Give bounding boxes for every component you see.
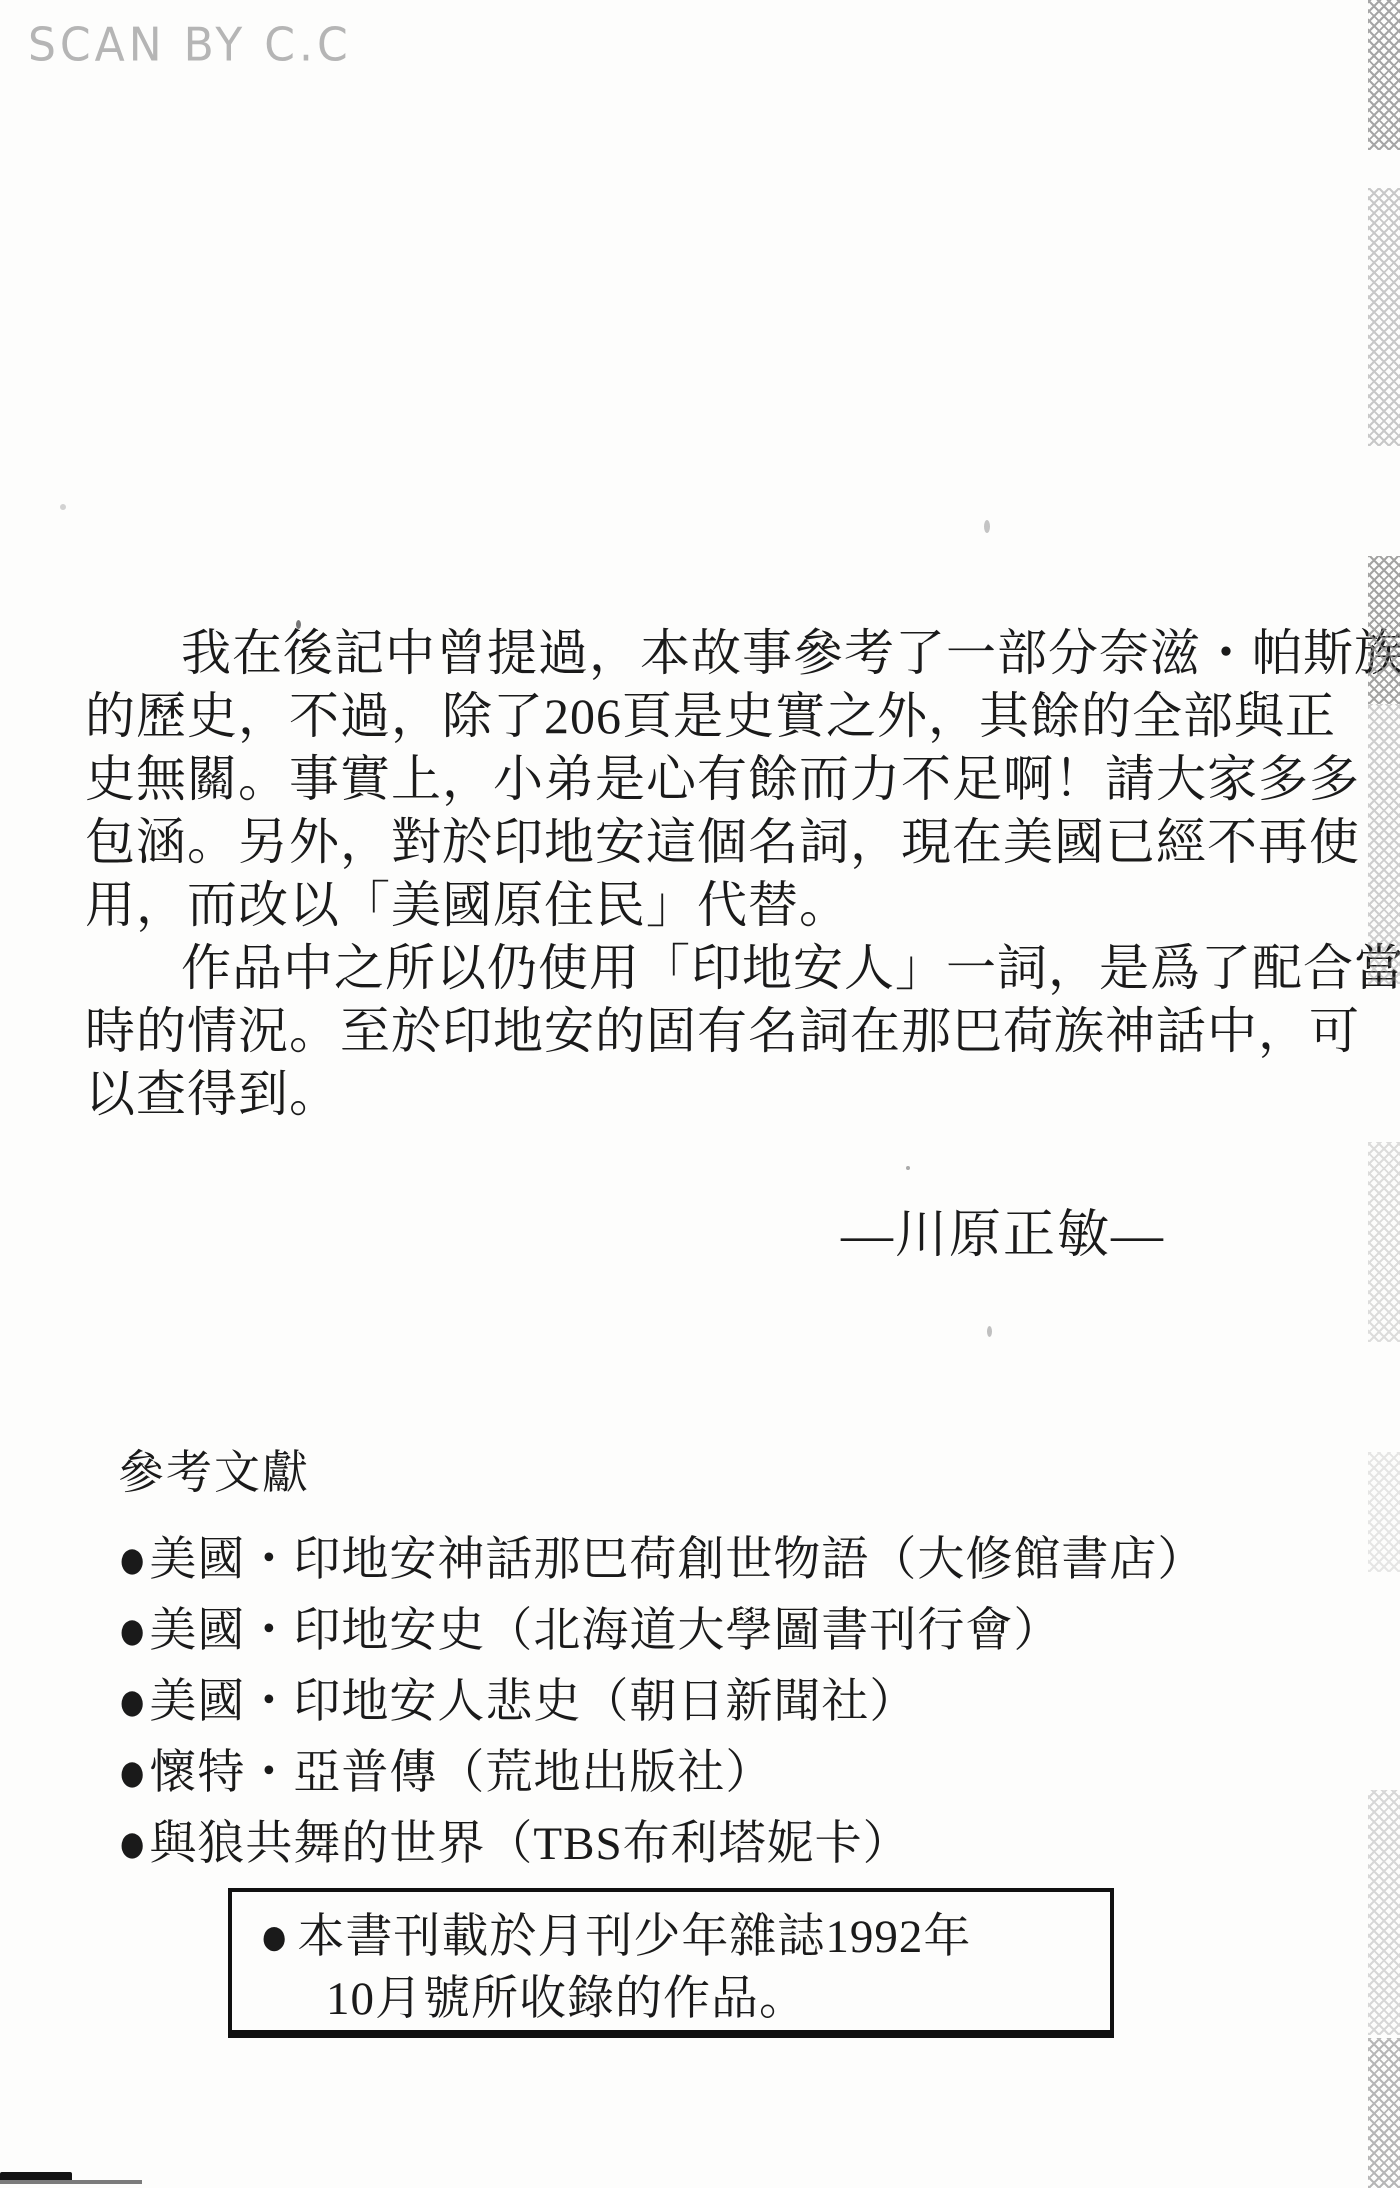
- afterword-paragraphs: 我在後記中曾提過，本故事參考了一部分奈滋・帕斯族 的歷史，不過，除了206頁是史…: [85, 622, 1325, 1126]
- scan-speck: [296, 620, 301, 629]
- reference-item-text: 與狼共舞的世界（TBS布利塔妮卡）: [149, 1818, 910, 1870]
- reference-item-text: 美國・印地安人悲史（朝日新聞社）: [149, 1676, 917, 1728]
- footer-note-line1: ●本書刊載於月刊少年雜誌1992年: [260, 1906, 1110, 1968]
- scan-noise-strip: [1368, 2038, 1400, 2188]
- scan-speck: [60, 504, 66, 510]
- references-section: 參考文獻 ●美國・印地安神話那巴荷創世物語（大修館書店） ●美國・印地安史（北海…: [118, 1445, 1218, 1880]
- afterword-line: 的歷史，不過，除了206頁是史實之外，其餘的全部與正: [85, 685, 1325, 748]
- reference-item-text: 美國・印地安神話那巴荷創世物語（大修館書店）: [149, 1534, 1205, 1586]
- scan-noise-strip: [1368, 188, 1400, 446]
- author-signature: —川原正敏—: [841, 1192, 1165, 1267]
- bullet-icon: ●: [117, 1800, 148, 1889]
- references-heading: 參考文獻: [118, 1445, 1218, 1501]
- afterword-line: 包涵。另外，對於印地安這個名詞，現在美國已經不再使: [85, 811, 1325, 874]
- scan-speck: [984, 520, 990, 533]
- footer-note-line2: 10月號所收錄的作品。: [260, 1968, 1110, 2030]
- scan-noise-strip: [1368, 704, 1400, 984]
- afterword-line: 作品中之所以仍使用「印地安人」一詞，是爲了配合當: [85, 937, 1325, 1000]
- afterword-line: 時的情況。至於印地安的固有名詞在那巴荷族神話中，可: [85, 1000, 1325, 1063]
- reference-item: ●美國・印地安神話那巴荷創世物語（大修館書店）: [118, 1525, 1218, 1596]
- scan-speck: [906, 1166, 910, 1170]
- scan-noise-strip: [1368, 556, 1400, 704]
- scanned-page: SCAN BY C.C 我在後記中曾提過，本故事參考了一部分奈滋・帕斯族 的歷史…: [0, 0, 1400, 2188]
- afterword-line: 以查得到。: [85, 1063, 1325, 1126]
- bullet-icon: ●: [259, 1900, 290, 1974]
- scan-streak-artifact: [0, 2180, 142, 2184]
- reference-item: ●美國・印地安史（北海道大學圖書刊行會）: [118, 1596, 1218, 1667]
- footer-note-box: ●本書刊載於月刊少年雜誌1992年 10月號所收錄的作品。: [228, 1888, 1114, 2038]
- scan-noise-strip: [1368, 1790, 1400, 2035]
- reference-item-text: 懷特・亞普傳（荒地出版社）: [149, 1747, 773, 1799]
- afterword-line: 史無關。事實上，小弟是心有餘而力不足啊！請大家多多: [85, 748, 1325, 811]
- reference-item: ●與狼共舞的世界（TBS布利塔妮卡）: [118, 1809, 1218, 1880]
- afterword-line: 我在後記中曾提過，本故事參考了一部分奈滋・帕斯族: [85, 622, 1325, 685]
- scan-noise-strip: [1368, 1452, 1400, 1572]
- afterword-line: 用，而改以「美國原住民」代替。: [85, 874, 1325, 937]
- reference-item: ●懷特・亞普傳（荒地出版社）: [118, 1738, 1218, 1809]
- footer-note-text1: 本書刊載於月刊少年雜誌1992年: [297, 1911, 971, 1963]
- reference-item-text: 美國・印地安史（北海道大學圖書刊行會）: [149, 1605, 1061, 1657]
- reference-item: ●美國・印地安人悲史（朝日新聞社）: [118, 1667, 1218, 1738]
- scan-noise-strip: [1368, 1142, 1400, 1342]
- scanner-watermark: SCAN BY C.C: [28, 19, 352, 73]
- scan-noise-strip: [1368, 0, 1400, 150]
- scan-speck: [987, 1326, 992, 1337]
